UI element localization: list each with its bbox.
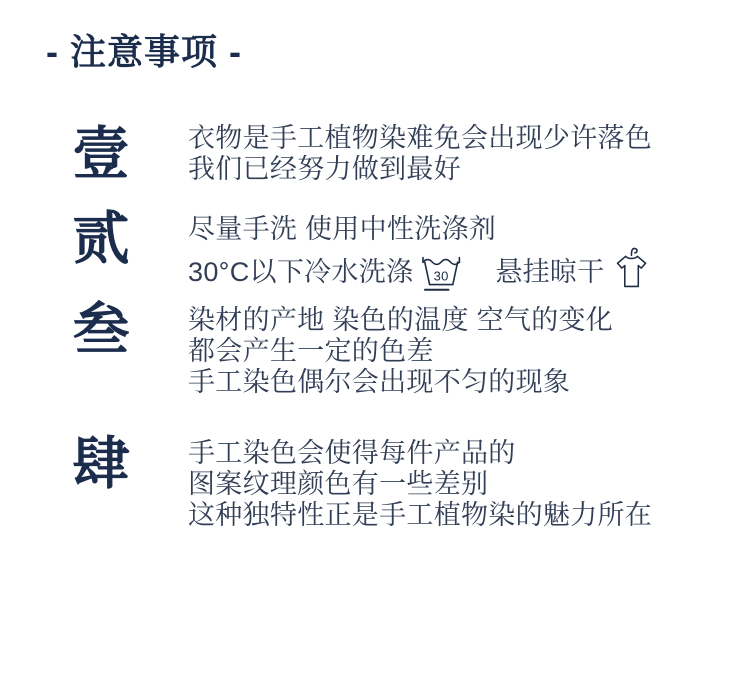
item-2-line-1: 尽量手洗 使用中性洗涤剂: [188, 214, 648, 245]
wash-tub-30-icon: 30: [422, 255, 461, 292]
item-3-line-1: 染材的产地 染色的温度 空气的变化: [188, 305, 613, 336]
item-4-line-1: 手工染色会使得每件产品的: [188, 438, 652, 469]
item-3-numeral: 叁: [68, 302, 134, 359]
item-1-line-2: 我们已经努力做到最好: [188, 154, 652, 185]
hang-dry-shirt-icon: [615, 245, 648, 290]
item-1-numeral: 壹: [68, 126, 134, 183]
item-2-text: 尽量手洗 使用中性洗涤剂 30°C以下冷水洗涤 30 悬挂晾干: [188, 214, 648, 288]
item-4-line-2: 图案纹理颜色有一些差别: [188, 469, 652, 500]
item-4-numeral: 肆: [68, 436, 134, 493]
item-2-numeral: 贰: [68, 211, 134, 268]
item-1-text: 衣物是手工植物染难免会出现少许落色 我们已经努力做到最好: [188, 123, 652, 185]
item-3-text: 染材的产地 染色的温度 空气的变化 都会产生一定的色差 手工染色偶尔会出现不匀的…: [188, 305, 613, 398]
item-4-text: 手工染色会使得每件产品的 图案纹理颜色有一些差别 这种独特性正是手工植物染的魅力…: [188, 438, 652, 531]
item-2-wash-instructions-line: 30°C以下冷水洗涤 30 悬挂晾干: [188, 245, 648, 288]
item-3-line-2: 都会产生一定的色差: [188, 336, 613, 367]
item-3-line-3: 手工染色偶尔会出现不匀的现象: [188, 367, 613, 398]
wash-temp-text: 30°C以下冷水洗涤: [188, 257, 413, 288]
item-1-line-1: 衣物是手工植物染难免会出现少许落色: [188, 123, 652, 154]
care-notes-page: - 注意事项 - 壹 衣物是手工植物染难免会出现少许落色 我们已经努力做到最好 …: [0, 0, 750, 681]
wash-temp-label: 30: [434, 269, 449, 284]
page-title: - 注意事项 -: [46, 24, 242, 75]
item-4-line-3: 这种独特性正是手工植物染的魅力所在: [188, 500, 652, 531]
hang-dry-text: 悬挂晾干: [495, 257, 604, 288]
